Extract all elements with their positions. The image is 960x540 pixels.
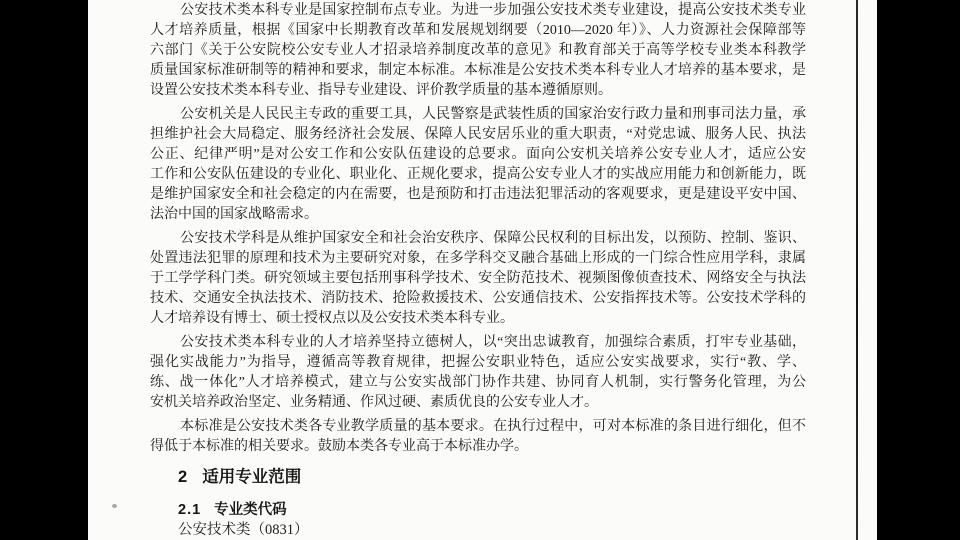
text-line: 安机关培养政治坚定、业务精通、作风过硬、素质优良的公安专业人才。 (150, 393, 806, 413)
section-title: 适用专业范围 (202, 468, 301, 486)
page-gutter-line (856, 0, 858, 540)
section-heading: 2适用专业范围 (178, 467, 806, 487)
subsection-heading: 2.1专业类代码 (178, 500, 806, 520)
text-line: 公安技术类本科专业的人才培养坚持立德树人，以“突出忠诚教育，加强综合素质，打牢专… (150, 333, 806, 353)
body-paragraph: 公安机关是人民民主专政的重要工具，人民警察是武装性质的国家治安行政力量和刑事司法… (150, 105, 806, 225)
body-paragraph: 公安技术类本科专业是国家控制布点专业。为进一步加强公安技术类专业建设，提高公安技… (150, 1, 806, 101)
text-line: 公正、纪律严明”是对公安工作和公安队伍建设的总要求。面向公安机关培养公安专业人才… (150, 145, 806, 165)
text-line: 公安机关是人民民主专政的重要工具，人民警察是武装性质的国家治安行政力量和刑事司法… (150, 105, 806, 125)
body-paragraph: 公安技术学科是从维护国家安全和社会治安秩序、保障公民权利的目标出发，以预防、控制… (150, 229, 806, 329)
text-line: 人才培养设有博士、硕士授权点以及公安技术类本科专业。 (150, 309, 806, 329)
text-line: 处置违法犯罪的原理和技术为主要研究对象，在多学科交叉融合基础上形成的一门综合性应… (150, 249, 806, 269)
text-line: 法治中国的国家战略需求。 (150, 205, 806, 225)
section-number: 2 (178, 468, 187, 486)
text-line: 质量国家标准研制等的精神和要求，制定本标准。本标准是公安技术类本科专业人才培养的… (150, 61, 806, 81)
body-paragraph: 公安技术类本科专业的人才培养坚持立德树人，以“突出忠诚教育，加强综合素质，打牢专… (150, 333, 806, 413)
text-line: 工作和公安队伍建设的专业化、职业化、正规化要求，提高公安专业人才的实战应用能力和… (150, 165, 806, 185)
scan-artifact (112, 504, 117, 508)
text-line: 担维护社会大局稳定、服务经济社会发展、保障人民安居乐业的重大职责，“对党忠诚、服… (150, 125, 806, 145)
screenshot-root: 公安技术类本科专业是国家控制布点专业。为进一步加强公安技术类专业建设，提高公安技… (0, 0, 960, 540)
subsection-number: 2.1 (178, 502, 201, 518)
text-line: 强化实战能力”为指导，遵循高等教育规律，把握公安职业特色，适应公安实战要求，实行… (150, 353, 806, 373)
text-line: 练、战一体化”人才培养模式，建立与公安实战部门协作共建、协同育人机制，实行警务化… (150, 373, 806, 393)
scanned-page: 公安技术类本科专业是国家控制布点专业。为进一步加强公安技术类专业建设，提高公安技… (88, 0, 877, 540)
text-line: 公安技术类本科专业是国家控制布点专业。为进一步加强公安技术类专业建设，提高公安技… (150, 1, 806, 21)
text-line: 是维护国家安全和社会稳定的内在需要，也是预防和打击违法犯罪活动的客观要求，更是建… (150, 185, 806, 205)
text-line: 于工学学科门类。研究领域主要包括刑事科学技术、安全防范技术、视频图像侦查技术、网… (150, 269, 806, 289)
text-line: 得低于本标准的相关要求。鼓励本类各专业高于本标准办学。 (150, 437, 806, 457)
text-line: 技术、交通安全执法技术、消防技术、抢险救援技术、公安通信技术、公安指挥技术等。公… (150, 289, 806, 309)
page-text-block: 公安技术类本科专业是国家控制布点专业。为进一步加强公安技术类专业建设，提高公安技… (150, 1, 806, 540)
body-paragraphs: 公安技术类本科专业是国家控制布点专业。为进一步加强公安技术类专业建设，提高公安技… (150, 1, 806, 457)
text-line: 本标准是公安技术类各专业教学质量的基本要求。在执行过程中，可对本标准的条目进行细… (150, 417, 806, 437)
text-line: 六部门《关于公安院校公安专业人才招录培养制度改革的意见》和教育部关于高等学校专业… (150, 41, 806, 61)
text-line: 设置公安技术类本科专业、指导专业建设、评价教学质量的基本遵循原则。 (150, 81, 806, 101)
body-paragraph: 本标准是公安技术类各专业教学质量的基本要求。在执行过程中，可对本标准的条目进行细… (150, 417, 806, 457)
text-line: 公安技术学科是从维护国家安全和社会治安秩序、保障公民权利的目标出发，以预防、控制… (150, 229, 806, 249)
category-code-line: 公安技术类（0831） (178, 520, 806, 540)
text-line: 人才培养质量，根据《国家中长期教育改革和发展规划纲要（2010—2020 年）》… (150, 21, 806, 41)
subsection-title: 专业类代码 (214, 502, 287, 518)
